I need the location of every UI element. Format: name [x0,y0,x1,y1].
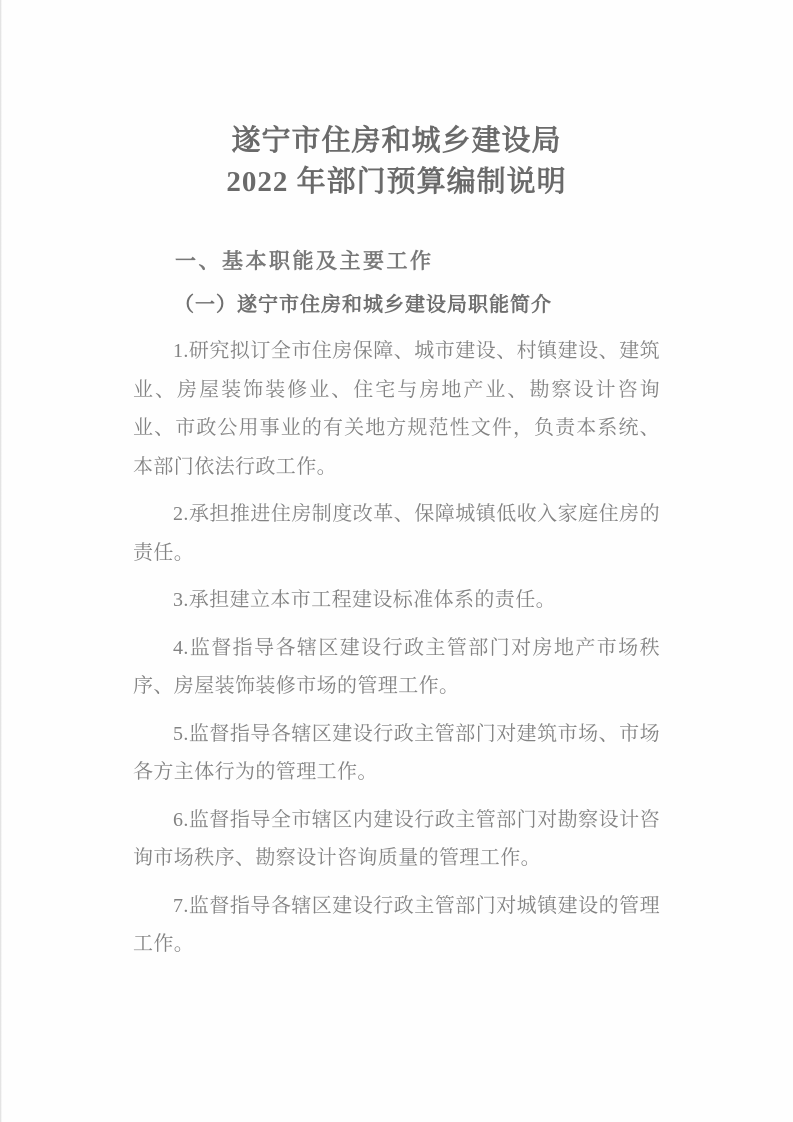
subsection-heading-bureau-intro: （一）遂宁市住房和城乡建设局职能简介 [133,292,660,319]
paragraph-1: 1.研究拟订全市住房保障、城市建设、村镇建设、建筑业、房屋装饰装修业、住宅与房地… [133,332,660,486]
paragraph-7: 7.监督指导各辖区建设行政主管部门对城镇建设的管理工作。 [133,887,660,964]
document-title-line-1: 遂宁市住房和城乡建设局 [133,121,660,162]
document-title-line-2: 2022 年部门预算编制说明 [133,162,660,203]
paragraph-4: 4.监督指导各辖区建设行政主管部门对房地产市场秩序、房屋装饰装修市场的管理工作。 [133,629,660,706]
paragraph-5: 5.监督指导各辖区建设行政主管部门对建筑市场、市场各方主体行为的管理工作。 [133,715,660,792]
document-content: 遂宁市住房和城乡建设局 2022 年部门预算编制说明 一、基本职能及主要工作 （… [133,0,660,973]
section-heading-basic-functions: 一、基本职能及主要工作 [133,248,660,275]
paragraph-6: 6.监督指导全市辖区内建设行政主管部门对勘察设计咨询市场秩序、勘察设计咨询质量的… [133,801,660,878]
paragraph-2: 2.承担推进住房制度改革、保障城镇低收入家庭住房的责任。 [133,495,660,572]
scanned-document-page: 遂宁市住房和城乡建设局 2022 年部门预算编制说明 一、基本职能及主要工作 （… [0,0,793,1122]
paragraph-3: 3.承担建立本市工程建设标准体系的责任。 [133,581,660,620]
document-title: 遂宁市住房和城乡建设局 2022 年部门预算编制说明 [133,121,660,203]
scan-edge-line [0,0,2,1122]
body-text-block: 1.研究拟订全市住房保障、城市建设、村镇建设、建筑业、房屋装饰装修业、住宅与房地… [133,332,660,964]
